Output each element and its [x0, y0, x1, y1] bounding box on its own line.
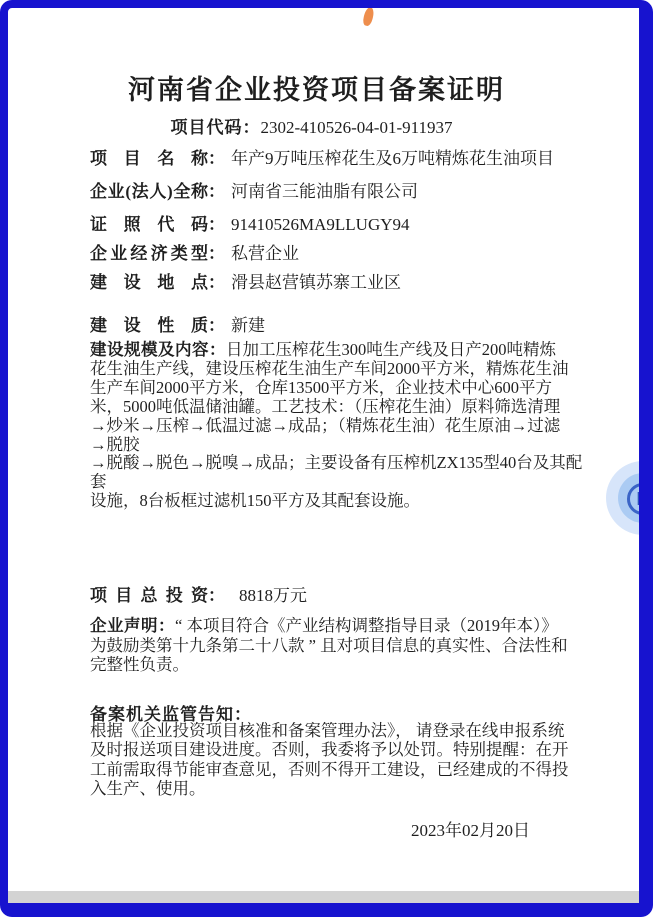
widget-letter: K: [637, 489, 650, 510]
para-line: 生产车间2000平方米，仓库13500平方米，企业技术中心600平方: [90, 379, 585, 398]
field-value: 私营企业: [231, 244, 299, 263]
field-colon: ：: [208, 316, 225, 335]
field-value: 91410526MA9LLUGY94: [231, 215, 410, 234]
field-row-enterprise-name: 企业(法人)全称：河南省三能油脂有限公司: [90, 182, 583, 202]
field-colon: ：: [208, 244, 225, 263]
floating-widget-button[interactable]: K: [627, 483, 653, 515]
project-code-label: 项目代码：: [170, 118, 260, 137]
para-line: 企业声明：“ 本项目符合《产业结构调整指导目录（2019年本）》: [90, 616, 585, 636]
field-colon: ：: [208, 215, 225, 234]
date-stamp: 2023年02月20日: [411, 816, 530, 841]
bottom-scroll-strip[interactable]: [8, 891, 639, 904]
field-colon: ：: [208, 586, 225, 605]
scale-label: 建设规模及内容：: [90, 340, 226, 359]
field-value: 河南省三能油脂有限公司: [231, 182, 418, 201]
para-line: 设施，8台板框过滤机150平方及其配套设施。: [90, 492, 585, 511]
notice-paragraph: 根据《企业投资项目核准和备案管理办法》， 请登录在线申报系统 及时报送项目建设进…: [90, 721, 585, 798]
para-line: 建设规模及内容：日加工压榨花生300吨生产线及日产200吨精炼: [90, 341, 585, 360]
field-row-license-code: 证照代码：91410526MA9LLUGY94: [90, 215, 583, 235]
scale-paragraph: 建设规模及内容：日加工压榨花生300吨生产线及日产200吨精炼 花生油生产线，建…: [90, 341, 585, 511]
para-line: 套: [90, 473, 585, 492]
field-label: 项目总投资: [90, 586, 208, 606]
project-code-row: 项目代码：2302-410526-04-01-911937: [0, 113, 623, 138]
field-value: 年产9万吨压榨花生及6万吨精炼花生油项目: [231, 149, 554, 168]
para-line: 完整性负责。: [90, 655, 585, 675]
field-label: 证照代码: [90, 215, 208, 235]
para-line: 花生油生产线，建设压榨花生油生产车间2000平方米，精炼花生油: [90, 360, 585, 379]
field-colon: ：: [208, 182, 225, 201]
field-colon: ：: [208, 149, 225, 168]
para-line: 根据《企业投资项目核准和备案管理办法》， 请登录在线申报系统: [90, 721, 585, 740]
field-row-total-investment: 项目总投资：8818万元: [90, 586, 583, 606]
field-label: 建设性质: [90, 316, 208, 336]
certificate-page: K 河南省企业投资项目备案证明 项目代码：2302-410526-04-01-9…: [0, 0, 653, 917]
orange-brush-mark: [362, 6, 375, 27]
para-line: 工前需取得节能审查意见，否则不得开工建设，已经建成的不得投: [90, 760, 585, 779]
page-title: 河南省企业投资项目备案证明: [0, 68, 633, 107]
project-code-value: 2302-410526-04-01-911937: [260, 118, 452, 137]
field-row-project-name: 项目名称：年产9万吨压榨花生及6万吨精炼花生油项目: [90, 149, 583, 169]
para-line: →脱胶: [90, 436, 585, 455]
declaration-paragraph: 企业声明：“ 本项目符合《产业结构调整指导目录（2019年本）》 为鼓励类第十九…: [90, 616, 585, 675]
para-line: 入生产、使用。: [90, 779, 585, 798]
para-line: 为鼓励类第十九条第二十八款 ” 且对项目信息的真实性、合法性和: [90, 636, 585, 656]
field-label: 企业经济类型: [90, 244, 208, 264]
field-row-construction-site: 建设地点：滑县赵营镇苏寨工业区: [90, 273, 583, 293]
field-row-construction-nature: 建设性质：新建: [90, 316, 583, 336]
declaration-label: 企业声明：: [90, 616, 175, 635]
para-line: 米，5000吨低温储油罐。工艺技术：（压榨花生油）原料筛选清理: [90, 398, 585, 417]
field-row-economic-type: 企业经济类型：私营企业: [90, 244, 583, 264]
para-line: →炒米→压榨→低温过滤→成品；（精炼花生油）花生原油→过滤: [90, 417, 585, 436]
field-label: 企业(法人)全称: [90, 182, 208, 202]
para-line: →脱酸→脱色→脱嗅→成品；主要设备有压榨机ZX135型40台及其配: [90, 454, 585, 473]
field-label: 建设地点: [90, 273, 208, 293]
field-value: 滑县赵营镇苏寨工业区: [231, 273, 401, 292]
field-value: 8818万元: [239, 586, 307, 605]
para-line: 及时报送项目建设进度。否则，我委将予以处罚。特别提醒：在开: [90, 740, 585, 759]
field-label: 项目名称: [90, 149, 208, 169]
field-value: 新建: [231, 316, 265, 335]
field-colon: ：: [208, 273, 225, 292]
